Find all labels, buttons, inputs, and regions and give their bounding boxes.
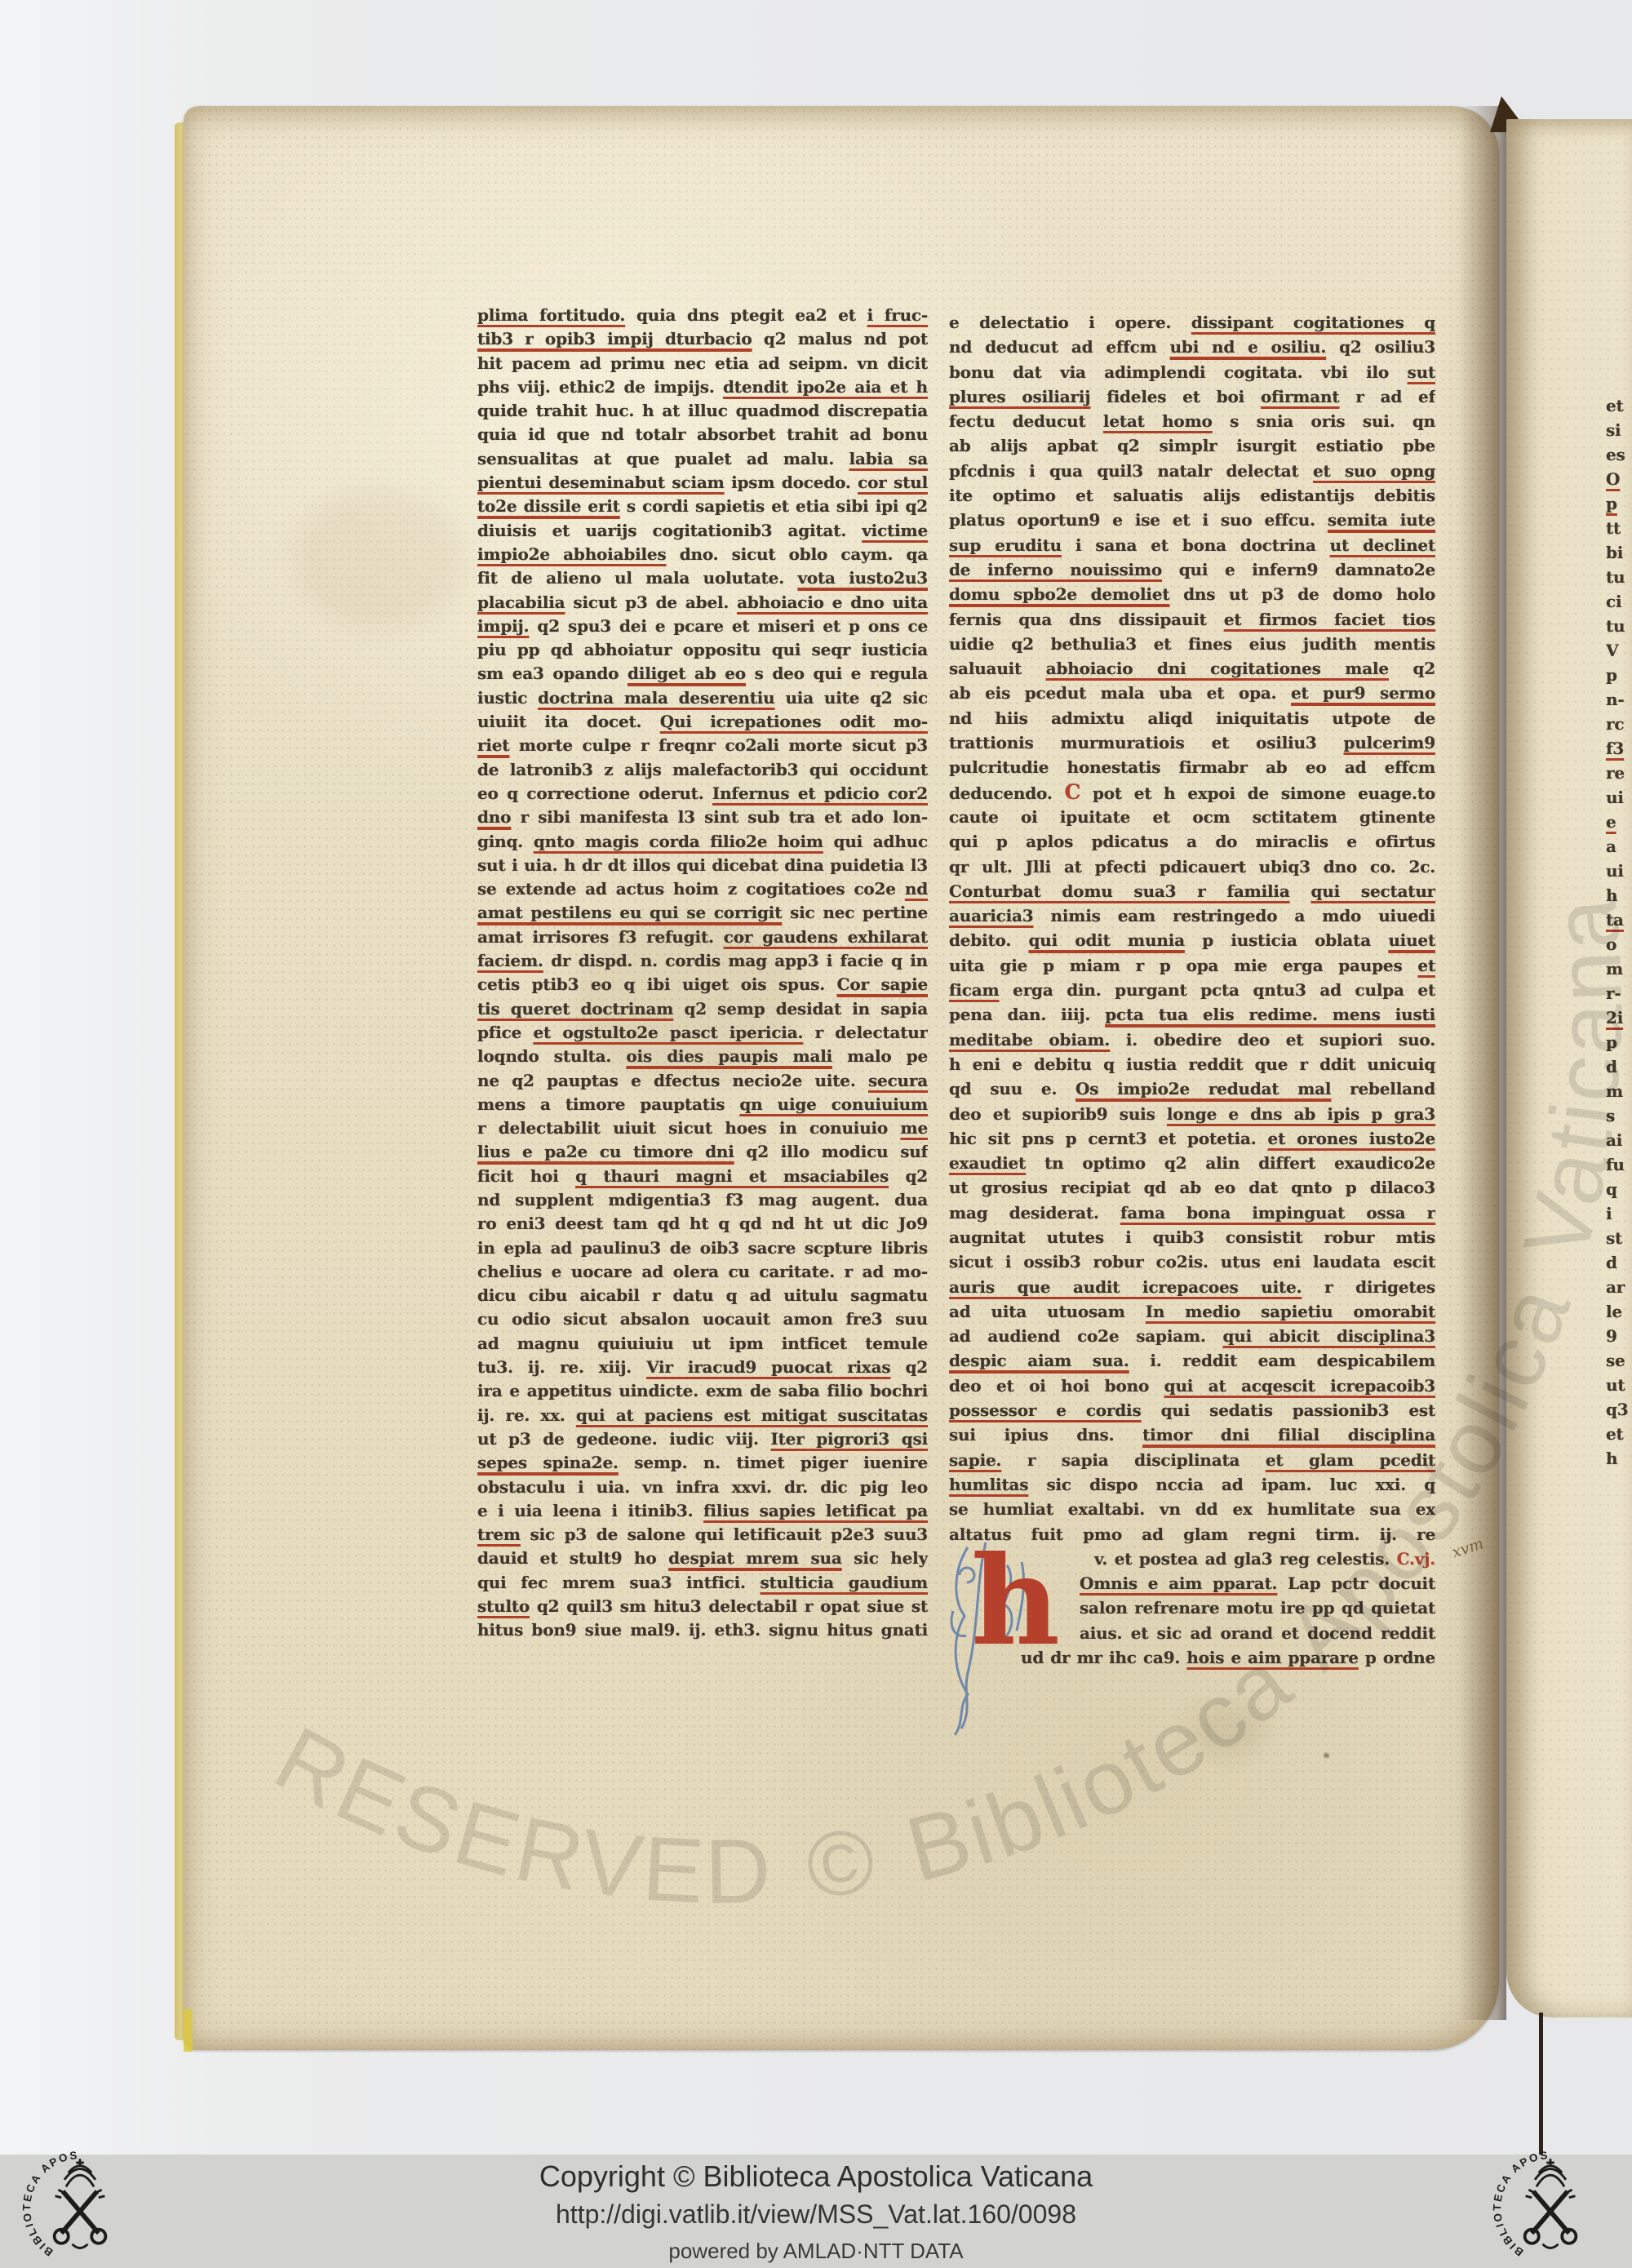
manuscript-line: uidie q2 bethulia3 et fines eius judith … (949, 632, 1435, 656)
manuscript-line: hitus bon9 siue mal9. ij. eth3. signu hi… (477, 1618, 928, 1642)
manuscript-line: tib3 r opib3 impij dturbacio q2 malus nd… (477, 327, 928, 351)
next-folio-line-fragment: rc (1606, 712, 1632, 736)
manuscript-line: exaudiet tn optimo q2 alin differt exaud… (949, 1151, 1435, 1175)
next-folio-line-fragment: tu (1606, 565, 1632, 589)
next-folio-line-fragment: p (1606, 491, 1632, 516)
manuscript-line: despic aiam sua. i. reddit eam despicabi… (949, 1348, 1435, 1373)
next-folio-line-fragment: h (1606, 883, 1632, 908)
manuscript-line: pfice et ogstulto2e pasct ipericia. r de… (477, 1021, 928, 1045)
manuscript-line: deducendo. C pot et h expoi de simone eu… (949, 780, 1435, 805)
next-folio-line-fragment: 2i (1606, 1005, 1632, 1030)
manuscript-line: obstaculu i uia. vn infra xxvi. dr. dic … (477, 1476, 928, 1499)
book-cover-edge (1539, 2013, 1543, 2156)
manuscript-line: sm ea3 opando diliget ab eo s deo qui e … (477, 662, 928, 686)
manuscript-line: ut grosius recipiat qd ab eo dat qnto p … (949, 1175, 1435, 1200)
manuscript-line: dauid et stult9 ho despiat mrem sua sic … (477, 1547, 928, 1570)
manuscript-line: tis queret doctrinam q2 semp desidat in … (477, 997, 928, 1021)
manuscript-line: domu spbo2e demoliet dns ut p3 de domo h… (949, 582, 1435, 606)
manuscript-line: ut p3 de gedeone. iudic viij. Iter pigro… (477, 1427, 928, 1451)
next-folio-line-fragment: bi (1606, 540, 1632, 565)
manuscript-line: trem sic p3 de salone qui letificauit p2… (477, 1523, 928, 1547)
next-folio-line-fragment: et (1606, 1422, 1632, 1446)
manuscript-line: possessor e cordis qui sedatis passionib… (949, 1398, 1435, 1422)
manuscript-line: ab eis pcedut mala uba et opa. et pur9 s… (949, 681, 1435, 705)
manuscript-line: ab alijs apbat q2 simplr isurgit estiati… (949, 433, 1435, 458)
manuscript-line: Omnis e aim pparat. Lap pctr docuit (949, 1571, 1435, 1596)
manuscript-line: v. et postea ad gla3 reg celestis. C.vj. (949, 1547, 1435, 1571)
next-folio-line-fragment: e (1606, 810, 1632, 834)
manuscript-line: ad uita utuosam In medio sapietiu omorab… (949, 1299, 1435, 1324)
manuscript-line: h eni e debitu q iustia reddit que r ddi… (949, 1052, 1435, 1076)
manuscript-line: auaricia3 nimis eam restringedo a mdo ui… (949, 903, 1435, 928)
next-folio-line-fragment: le (1606, 1299, 1632, 1324)
manuscript-line: meditabe obiam. i. obedire deo et supior… (949, 1027, 1435, 1052)
manuscript-line: tu3. ij. re. xiij. Vir iracud9 puocat ri… (477, 1356, 928, 1379)
manuscript-line: loqndo stulta. ois dies paupis mali malo… (477, 1045, 928, 1068)
manuscript-line: plima fortitudo. quia dns ptegit ea2 et … (477, 304, 928, 327)
next-folio-line-fragment: h (1606, 1446, 1632, 1471)
next-folio-line-fragment: ai (1606, 1128, 1632, 1152)
next-folio-line-fragment: ta (1606, 908, 1632, 932)
manuscript-line: pientui deseminabut sciam ipsm docedo. c… (477, 471, 928, 495)
manuscript-line: ij. re. xx. qui at paciens est mitigat s… (477, 1404, 928, 1427)
next-folio-line-fragment: ut (1606, 1373, 1632, 1397)
manuscript-line: impio2e abhoiabiles dno. sicut oblo caym… (477, 543, 928, 566)
next-folio-line-fragment: se (1606, 1348, 1632, 1373)
manuscript-line: placabilia sicut p3 de abel. abhoiacio e… (477, 591, 928, 615)
manuscript-line: hit pacem ad primu nec etia ad seipm. vn… (477, 352, 928, 375)
manuscript-line: aius. et sic ad orand et docend reddit a… (949, 1621, 1435, 1645)
manuscript-line: amat pestilens eu qui se corrigit sic ne… (477, 901, 928, 925)
manuscript-line: pena dan. iiij. pcta tua elis redime. me… (949, 1002, 1435, 1027)
manuscript-line: auris que audit icrepacoes uite. r dirig… (949, 1275, 1435, 1299)
manuscript-line: sepes spina2e. semp. n. timet piger iuen… (477, 1451, 928, 1475)
manuscript-line: salon refrenare motu ire pp qd quietat (949, 1596, 1435, 1620)
next-folio-line-fragment: m (1606, 1079, 1632, 1103)
next-folio-line-fragment: p (1606, 663, 1632, 687)
next-folio-line-fragment: f3 (1606, 736, 1632, 761)
manuscript-line: amat irrisores f3 refugit. cor gaudens e… (477, 925, 928, 949)
manuscript-line: quia id que nd totalr absorbet trahit ad… (477, 423, 928, 446)
footer-url: http://digi.vatlib.it/view/MSS_Vat.lat.1… (556, 2199, 1076, 2230)
papal-tiara-icon (64, 2159, 95, 2186)
next-folio-line-fragment: es (1606, 442, 1632, 467)
next-folio-line-fragment: V (1606, 638, 1632, 663)
manuscript-line: chelius e uocare ad olera cu caritate. r… (477, 1260, 928, 1284)
manuscript-line: trattionis murmuratiois et osiliu3 pulce… (949, 730, 1435, 755)
next-folio-line-fragment: tt (1606, 516, 1632, 540)
next-folio-line-fragment: fu (1606, 1152, 1632, 1177)
manuscript-line: lius e pa2e cu timore dni q2 illo modicu… (477, 1140, 928, 1164)
manuscript-line: dno r sibi manifesta l3 sint sub tra et … (477, 806, 928, 829)
manuscript-line: platus oportun9 e ise et i suo effcu. se… (949, 508, 1435, 532)
crossed-keys-icon (55, 2190, 106, 2248)
crossed-keys-icon (1525, 2190, 1577, 2248)
manuscript-line: to2e dissile erit s cordi sapietis et et… (477, 495, 928, 518)
next-folio-line-fragment: q (1606, 1177, 1632, 1201)
ink-spot (1324, 1753, 1329, 1758)
manuscript-line: bonu dat via adimplendi cogitata. vbi il… (949, 360, 1435, 384)
manuscript-line: pulcritudie honestatis firmabr ab eo ad … (949, 755, 1435, 779)
next-folio-line-fragment: a (1606, 834, 1632, 859)
next-folio-line-fragment: d (1606, 1250, 1632, 1275)
manuscript-line: ne q2 pauptas e dfectus necio2e uite. se… (477, 1069, 928, 1093)
manuscript-line: sensualitas at que pualet ad malu. labia… (477, 447, 928, 471)
manuscript-line: cu odio sicut absalon uocauit amon fre3 … (477, 1307, 928, 1331)
page-edge-accent (184, 2009, 193, 2052)
vatican-library-logo-left: BIBLIOTECA APOSTOLICA VATICANA (18, 2146, 142, 2268)
manuscript-line: plures osiliarij fideles et boi ofirmant… (949, 384, 1435, 409)
manuscript-line: e i uia leena i itinib3. filius sapies l… (477, 1499, 928, 1523)
next-folio-line-fragment: s (1606, 1103, 1632, 1128)
manuscript-line: saluauit abhoiacio dni cogitationes male… (949, 656, 1435, 681)
manuscript-line: ad audiend co2e sapiam. qui abicit disci… (949, 1324, 1435, 1348)
next-folio-line-fragment: p (1606, 1030, 1632, 1054)
manuscript-line: impij. q2 spu3 dei e pcare et miseri et … (477, 615, 928, 638)
next-folio-line-fragment: re (1606, 761, 1632, 785)
manuscript-line: quide trahit huc. h at illuc quadmod dis… (477, 399, 928, 423)
papal-tiara-icon (1535, 2159, 1566, 2186)
manuscript-line: Conturbat domu sua3 r familia qui sectat… (949, 879, 1435, 903)
next-folio-line-fragment: r- (1606, 981, 1632, 1005)
manuscript-line: ira e appetitus uindicte. exm de saba fi… (477, 1379, 928, 1403)
manuscript-line: ud dr mr ihc ca9. hois e aim pparare p o… (949, 1645, 1435, 1670)
manuscript-line: deo et supiorib9 suis longe e dns ab ipi… (949, 1102, 1435, 1126)
manuscript-line: de inferno nouissimo qui e infern9 damna… (949, 557, 1435, 582)
manuscript-line: deo et oi hoi bono qui at acqescit icrep… (949, 1374, 1435, 1398)
manuscript-line: nd supplent mdigentia3 f3 mag augent. du… (477, 1188, 928, 1212)
manuscript-line: sui ipius dns. timor dni filial discipli… (949, 1422, 1435, 1447)
manuscript-line: humlitas sic dispo nccia ad ipam. luc xx… (949, 1472, 1435, 1497)
manuscript-line: fit de alieno ul mala uolutate. vota ius… (477, 566, 928, 590)
manuscript-line: iustic doctrina mala deserentiu uia uite… (477, 686, 928, 710)
next-folio-line-fragment: et (1606, 393, 1632, 418)
next-folio-line-fragment: ui (1606, 859, 1632, 883)
next-folio-line-fragment: n- (1606, 687, 1632, 712)
manuscript-line: uita gie p miam r p opa mie erga paupes … (949, 953, 1435, 978)
manuscript-line: se humliat exaltabi. vn dd ex humlitate … (949, 1497, 1435, 1521)
manuscript-line: nd hiis admixtu aliqd iniquitatis utpote… (949, 706, 1435, 730)
manuscript-line: piu pp qd abhoiatur oppositu qui seqr iu… (477, 638, 928, 662)
manuscript-line: qr ult. Jlli at pfecti pdicauert ubiq3 d… (949, 854, 1435, 879)
manuscript-line: qd suu e. Os impio2e redudat mal rebella… (949, 1076, 1435, 1101)
manuscript-line: uiuiit ita docet. Qui icrepationes odit … (477, 710, 928, 734)
vatican-library-logo-right: BIBLIOTECA APOSTOLICA VATICANA (1488, 2146, 1612, 2268)
next-folio-line-fragment: 9 (1606, 1324, 1632, 1348)
manuscript-line: sicut i ossib3 robur co2is. utus eni lau… (949, 1249, 1435, 1274)
manuscript-line: fernis qua dns dissipauit et firmos faci… (949, 607, 1435, 632)
next-folio-line-fragment: m (1606, 956, 1632, 981)
manuscript-line: qui fec mrem sua3 intfici. stulticia gau… (477, 1571, 928, 1595)
manuscript-line: faciem. dr dispd. n. cordis mag app3 i f… (477, 949, 928, 973)
next-folio-line-fragment: ar (1606, 1275, 1632, 1299)
manuscript-line: phs viij. ethic2 de impijs. dtendit ipo2… (477, 375, 928, 399)
footer-bar: Copyright © Biblioteca Apostolica Vatica… (0, 2155, 1632, 2268)
next-folio-line-fragment: O (1606, 467, 1632, 491)
manuscript-line: debito. qui odit munia p iusticia oblata… (949, 928, 1435, 952)
manuscript-line: altatus fuit pmo ad glam regni tirm. ij.… (949, 1522, 1435, 1547)
manuscript-line: in epla ad paulinu3 de oib3 sacre scptur… (477, 1236, 928, 1260)
manuscript-line: fectu deducut letat homo s snia oris sui… (949, 409, 1435, 433)
manuscript-line: de latronib3 z alijs malefactorib3 qui o… (477, 758, 928, 782)
book-gutter-shadow (1459, 106, 1506, 2020)
next-folio-line-fragment: st (1606, 1226, 1632, 1250)
manuscript-line: dicu cibu aicabil r datu q ad uitulu sag… (477, 1284, 928, 1307)
manuscript-line: nd deducut ad effcm ubi nd e osiliu. q2 … (949, 335, 1435, 359)
next-folio-line-fragment: tu (1606, 614, 1632, 638)
next-folio-line-fragment: q3 (1606, 1397, 1632, 1422)
manuscript-line: ad magnu quiuiuiu ut ipm intficet temule (477, 1332, 928, 1356)
manuscript-line: mag desiderat. fama bona impinguat ossa … (949, 1201, 1435, 1225)
footer-powered-by: powered by AMLAD·NTT DATA (668, 2239, 963, 2264)
manuscript-line: sup eruditu i sana et bona doctrina ut d… (949, 533, 1435, 557)
manuscript-line: e delectatio i opere. dissipant cogitati… (949, 310, 1435, 335)
manuscript-line: caute oi ipuitate et ocm sctitatem gtine… (949, 805, 1435, 829)
next-folio-line-fragment: d (1606, 1054, 1632, 1079)
manuscript-line: cetis ptib3 eo q ibi uiget ois spus. Cor… (477, 973, 928, 996)
column-left: plima fortitudo. quia dns ptegit ea2 et … (477, 304, 928, 1643)
footer-copyright: Copyright © Biblioteca Apostolica Vatica… (539, 2159, 1093, 2194)
next-folio-line-fragment: i (1606, 1201, 1632, 1226)
manuscript-line: augnitat ututes i quib3 consistit robur … (949, 1225, 1435, 1249)
next-folio-line-fragment: ci (1606, 589, 1632, 614)
manuscript-line: ro eni3 deest tam qd ht q qd nd ht ut di… (477, 1212, 928, 1236)
next-folio-line-fragment: ui (1606, 785, 1632, 810)
digitized-manuscript-viewer: plima fortitudo. quia dns ptegit ea2 et … (0, 0, 1632, 2268)
manuscript-line: sut i uia. h dr dt illos qui dicebat din… (477, 854, 928, 877)
manuscript-line: ite optimo et saluatis alijs edistantijs… (949, 483, 1435, 508)
manuscript-line: sapie. r sapia disciplinata et glam pced… (949, 1448, 1435, 1472)
manuscript-line: se extende ad actus hoim z cogitatioes c… (477, 877, 928, 901)
manuscript-line: ginq. qnto magis corda filio2e hoim qui … (477, 830, 928, 854)
manuscript-line: mens a timore pauptatis qn uige conuiuiu… (477, 1093, 928, 1116)
manuscript-line: pfcdnis i qua quil3 natalr delectat et s… (949, 459, 1435, 483)
manuscript-line: eo q correctione oderut. Infernus et pdi… (477, 782, 928, 806)
manuscript-line: stulto q2 quil3 sm hitu3 delectabil r op… (477, 1595, 928, 1618)
manuscript-line: ficam erga din. purgant pcta qntu3 ad cu… (949, 978, 1435, 1002)
manuscript-line: r delectabilit uiuit sicut hoes in conui… (477, 1116, 928, 1140)
manuscript-line: ficit hoi q thauri magni et msaciabiles … (477, 1165, 928, 1188)
manuscript-line: riet morte culpe r freqnr co2ali morte s… (477, 734, 928, 757)
manuscript-line: diuisis et uarijs cogitationib3 agitat. … (477, 519, 928, 543)
manuscript-line: qui p aplos pdicatus a do miraclis e ofi… (949, 829, 1435, 854)
column-right: e delectatio i opere. dissipant cogitati… (949, 310, 1435, 1670)
manuscript-line: hic sit pns p cernt3 et potetia. et oron… (949, 1126, 1435, 1151)
next-folio-line-fragment: o (1606, 932, 1632, 956)
next-folio-line-fragment: si (1606, 418, 1632, 442)
next-folio-line-starts: etsiesOpttbitucituVpn-rcf3reuieauihtaomr… (1606, 393, 1632, 1471)
